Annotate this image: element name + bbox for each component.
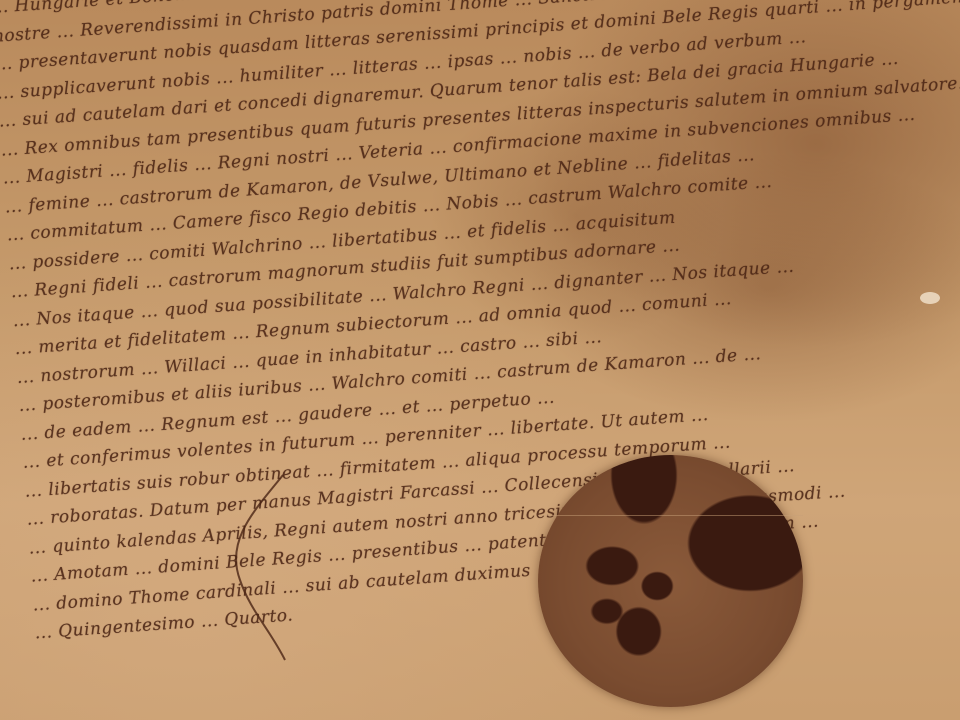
parchment-hole <box>920 292 940 304</box>
wax-seal <box>538 455 803 707</box>
manuscript-text: ... Hungarie et Bohemie ... Memorie comm… <box>0 0 960 648</box>
pen-flourish-icon <box>225 470 305 670</box>
seal-crack <box>538 515 803 516</box>
